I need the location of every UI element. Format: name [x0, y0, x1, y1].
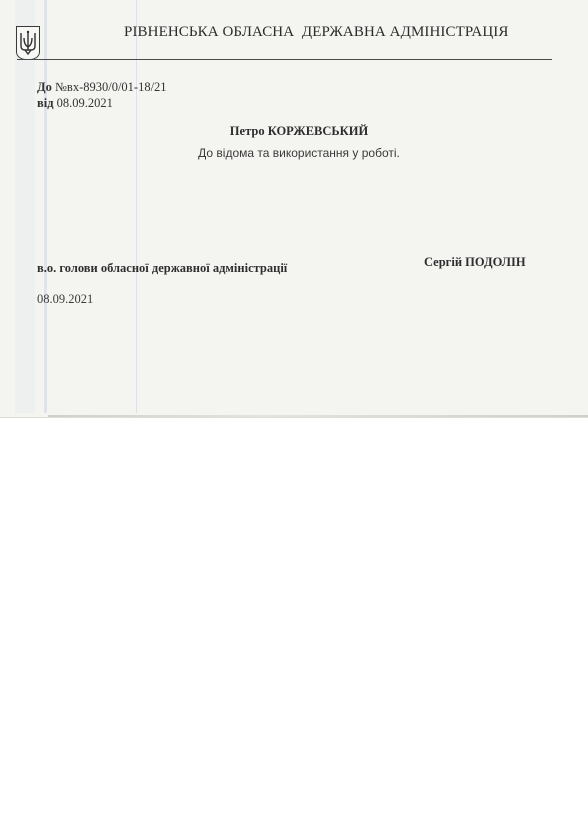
signature-date: 08.09.2021 [37, 292, 93, 307]
addressee: Петро КОРЖЕВСЬКИЙ [0, 124, 588, 139]
reference-number: №вх-8930/0/01-18/21 [55, 80, 167, 94]
organization-title: РІВНЕНСЬКА ОБЛАСНА ДЕРЖАВНА АДМІНІСТРАЦІ… [124, 24, 508, 41]
scanned-document: РІВНЕНСЬКА ОБЛАСНА ДЕРЖАВНА АДМІНІСТРАЦІ… [0, 0, 588, 417]
trident-emblem-icon [16, 26, 40, 60]
reference-date-label: від [37, 96, 54, 110]
signatory-position: в.о. голови обласної державної адміністр… [37, 261, 287, 276]
scan-artifact [15, 0, 35, 413]
incoming-reference: До №вх-8930/0/01-18/21 [37, 80, 167, 95]
reference-date-line: від 08.09.2021 [37, 96, 113, 111]
scan-artifact [44, 0, 47, 413]
reference-date: 08.09.2021 [57, 96, 113, 110]
paper-edge [48, 415, 588, 417]
reference-to-label: До [37, 80, 52, 94]
scan-artifact [136, 0, 137, 413]
resolution-text: До відома та використання у роботі. [0, 146, 588, 160]
header-divider [17, 59, 552, 60]
signatory-name: Сергій ПОДОЛІН [424, 255, 526, 270]
